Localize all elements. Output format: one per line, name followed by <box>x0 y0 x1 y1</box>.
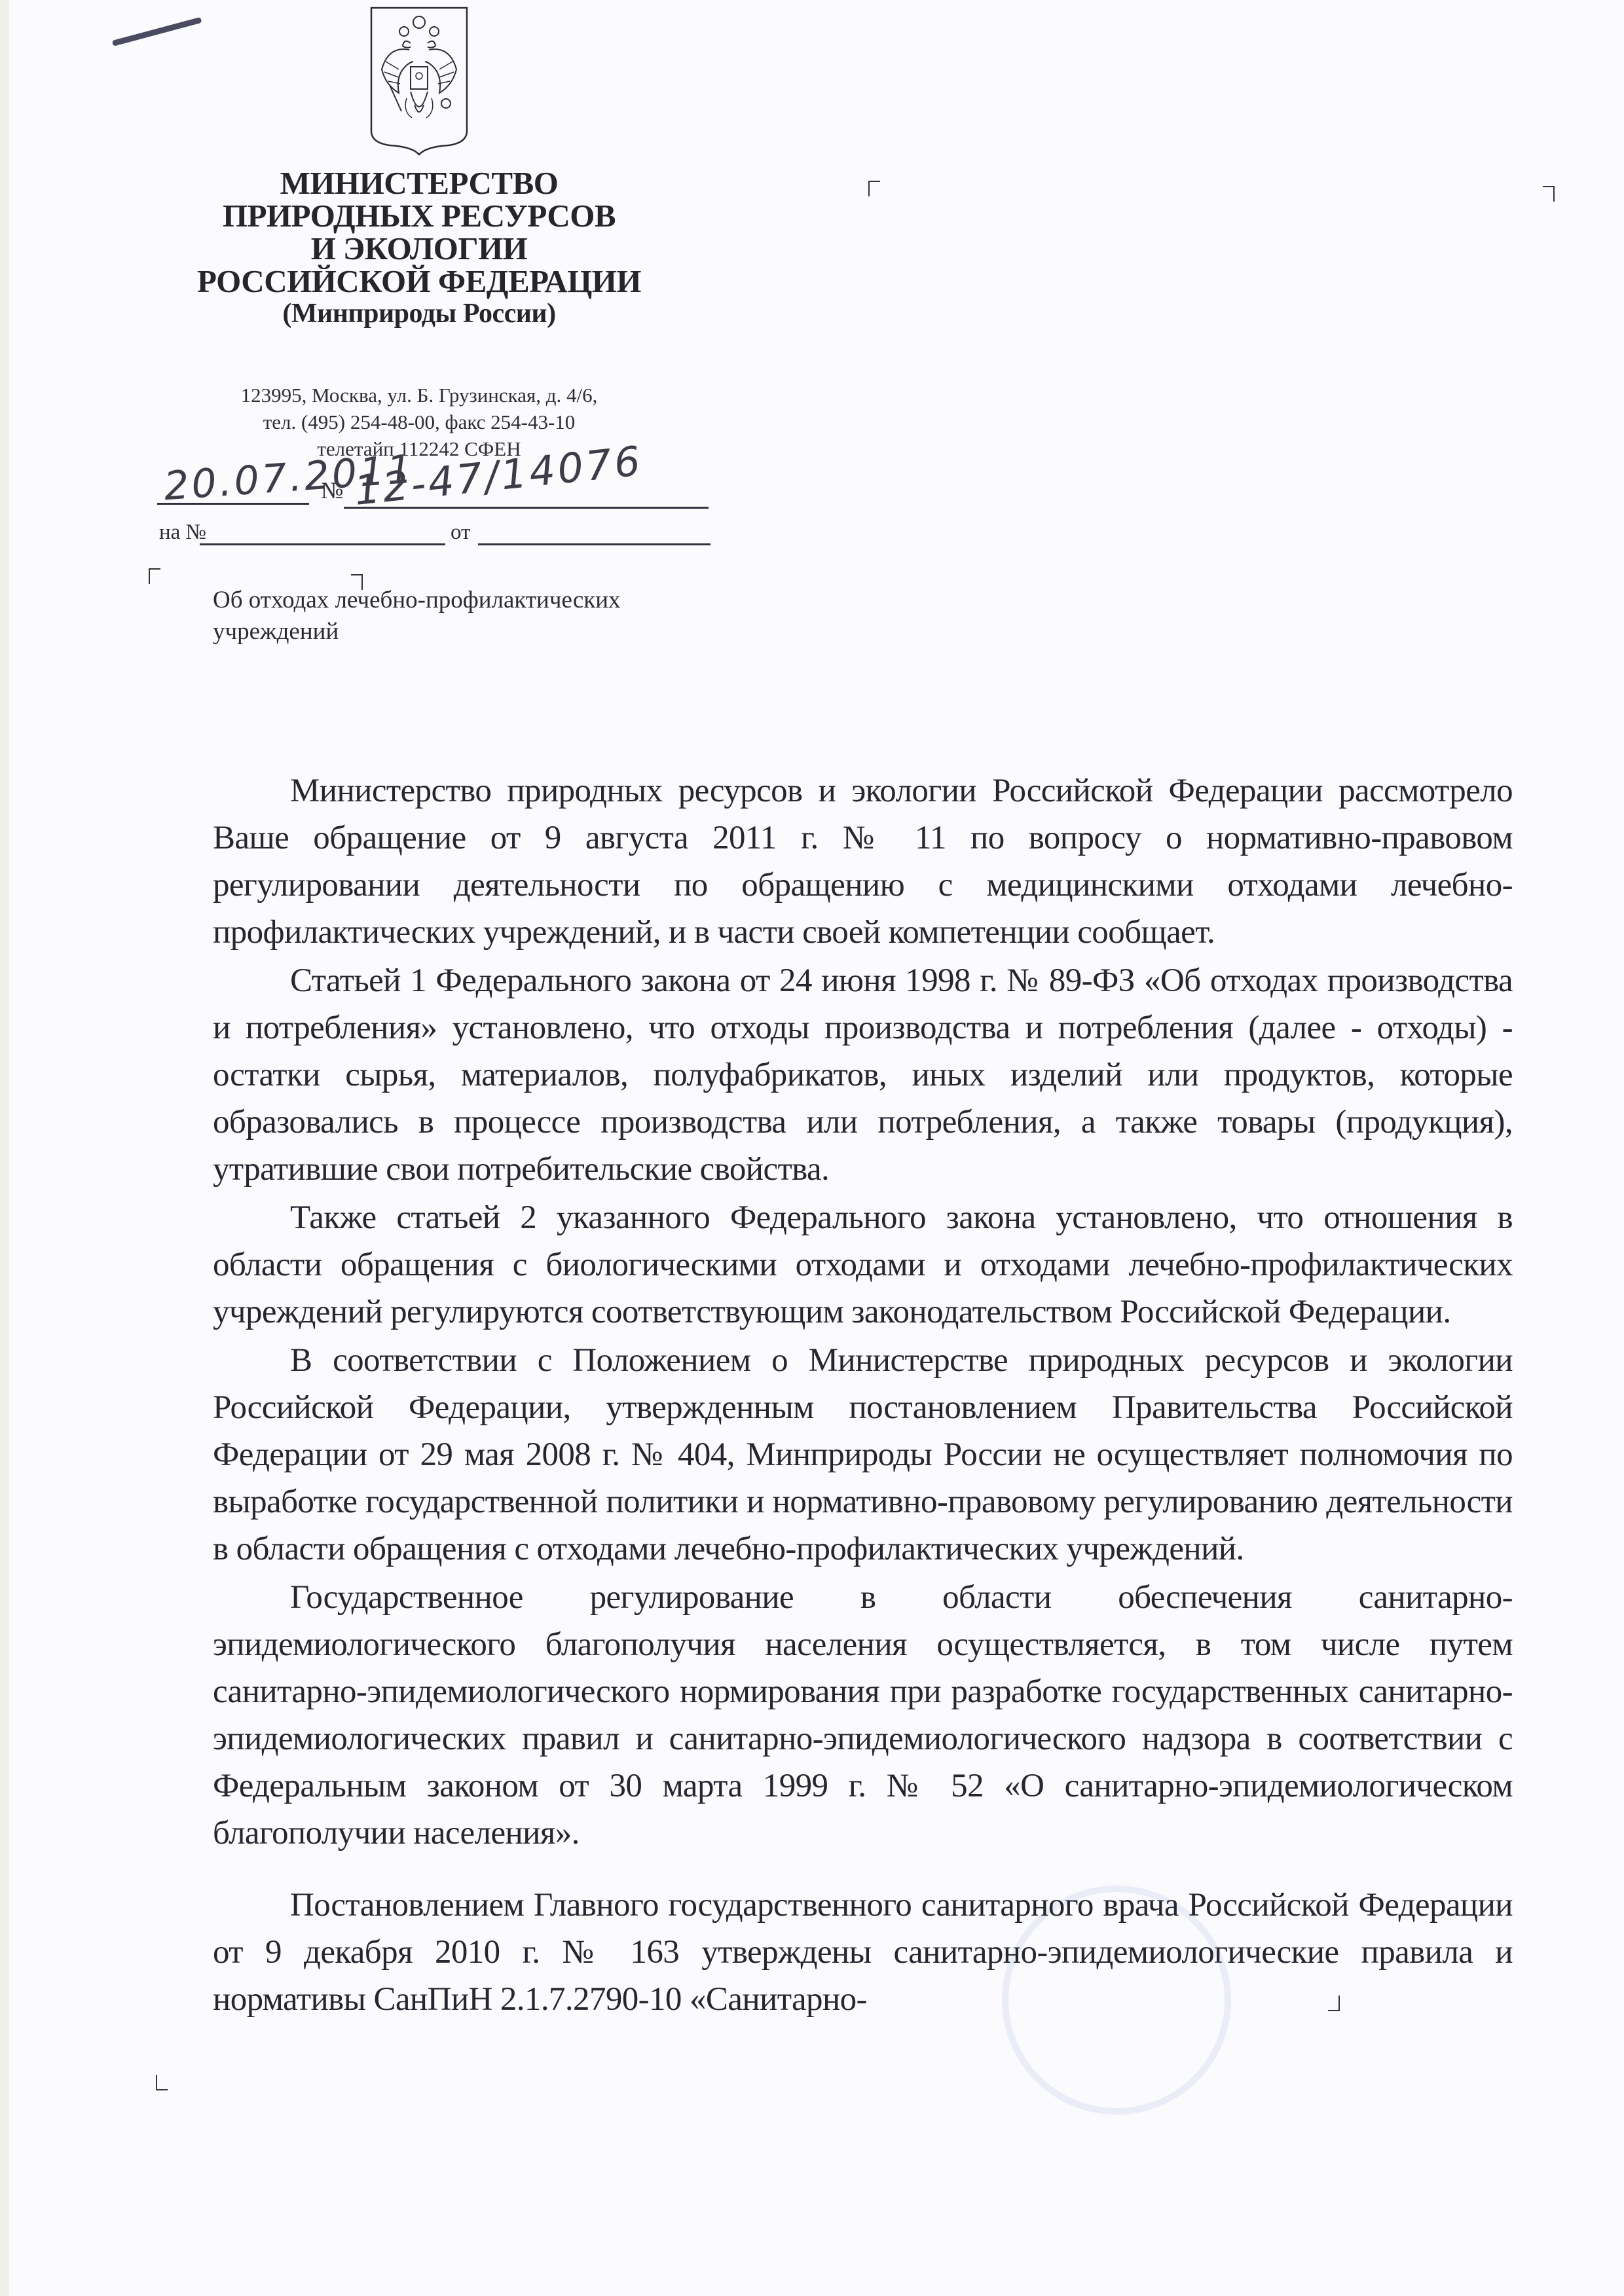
number-label: № <box>321 477 343 504</box>
ministry-name: МИНИСТЕРСТВО ПРИРОДНЫХ РЕСУРСОВ И ЭКОЛОГ… <box>151 167 688 329</box>
date-line <box>157 503 309 505</box>
body-paragraph: Статьей 1 Федерального закона от 24 июня… <box>213 957 1513 1193</box>
corner-mark <box>156 2075 168 2090</box>
corner-mark <box>868 181 880 196</box>
corner-mark <box>149 568 160 584</box>
ministry-line: ПРИРОДНЫХ РЕСУРСОВ <box>151 200 688 232</box>
ministry-line: РОССИЙСКОЙ ФЕДЕРАЦИИ <box>151 265 688 298</box>
reply-from-label: от <box>451 520 471 545</box>
pen-mark <box>112 17 202 46</box>
coat-of-arms-icon <box>370 7 468 156</box>
ministry-line: И ЭКОЛОГИИ <box>151 232 688 265</box>
body-paragraph: Министерство природных ресурсов и эколог… <box>213 767 1513 956</box>
body-paragraph: Постановлением Главного государственного… <box>213 1882 1513 2023</box>
body-paragraph: Государственное регулирование в области … <box>213 1574 1513 1857</box>
reply-date-line <box>478 543 710 545</box>
ministry-short-name: (Минприроды России) <box>151 298 688 329</box>
reverse-side-bleed-through: ​ <box>733 128 1506 168</box>
corner-mark <box>1543 186 1555 202</box>
body-paragraph: Также статьей 2 указанного Федерального … <box>213 1194 1513 1336</box>
address-line: 123995, Москва, ул. Б. Грузинская, д. 4/… <box>151 382 688 409</box>
ministry-line: МИНИСТЕРСТВО <box>151 167 688 200</box>
scan-page-edge <box>0 0 9 2296</box>
body-paragraph: В соответствии с Положением о Министерст… <box>213 1337 1513 1573</box>
subject-line: Об отходах лечебно-профилактических <box>213 585 802 616</box>
reply-number-line <box>200 543 445 545</box>
letter-body: Министерство природных ресурсов и эколог… <box>213 767 1513 2023</box>
reply-to-label: на № <box>159 520 206 545</box>
subject-line: учреждений <box>213 616 802 647</box>
letter-subject: Об отходах лечебно-профилактических учре… <box>213 585 802 647</box>
phone-line: тел. (495) 254-48-00, факс 254-43-10 <box>151 409 688 435</box>
